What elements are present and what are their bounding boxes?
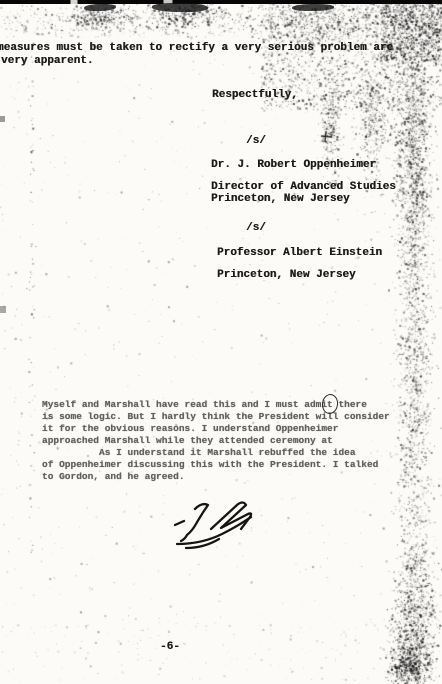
scan-edge-mark <box>0 116 5 122</box>
signatory-name-oppenheimer: Dr. J. Robert Oppenheimer <box>211 159 376 171</box>
scan-noise-overlay <box>0 0 442 684</box>
closing-respectfully: Respectfully, <box>212 89 298 101</box>
scan-smudge <box>152 3 208 13</box>
page-number: -6- <box>160 641 180 653</box>
annotation-line: is some logic. But I hardly think the Pr… <box>42 411 390 422</box>
signatory-name-einstein: Professor Albert Einstein <box>217 247 382 259</box>
annotation-line: approached Marshall while they attended … <box>42 435 333 446</box>
scan-edge-bar <box>0 0 442 4</box>
signature-mark-oppenheimer: /s/ <box>246 135 266 147</box>
body-line-1: measures must be taken to rectify a very… <box>0 42 393 54</box>
scanned-letter-page: measures must be taken to rectify a very… <box>0 0 442 684</box>
annotation-line: it for the obvious reasons. I understand… <box>42 423 338 434</box>
signatory-location-oppenheimer: Princeton, New Jersey <box>211 193 350 205</box>
scan-smudge <box>292 4 334 12</box>
annotation-line: As I understand it Marshall rebuffed the… <box>42 447 356 458</box>
scan-smudge <box>84 3 116 11</box>
handwritten-initials-signature-icon <box>165 496 265 554</box>
signatory-location-einstein: Princeton, New Jersey <box>217 269 356 281</box>
annotation-line: of Oppenheimer discussing this with the … <box>42 459 378 470</box>
annotation-line: Myself and Marshall have read this and I… <box>42 399 367 410</box>
annotation-line: to Gordon, and he agreed. <box>42 471 185 482</box>
scan-edge-mark <box>0 306 6 313</box>
body-line-2: very apparent. <box>1 55 93 67</box>
signatory-title-oppenheimer: Director of Advanced Studies <box>211 181 396 193</box>
signature-mark-einstein: /s/ <box>246 222 266 234</box>
